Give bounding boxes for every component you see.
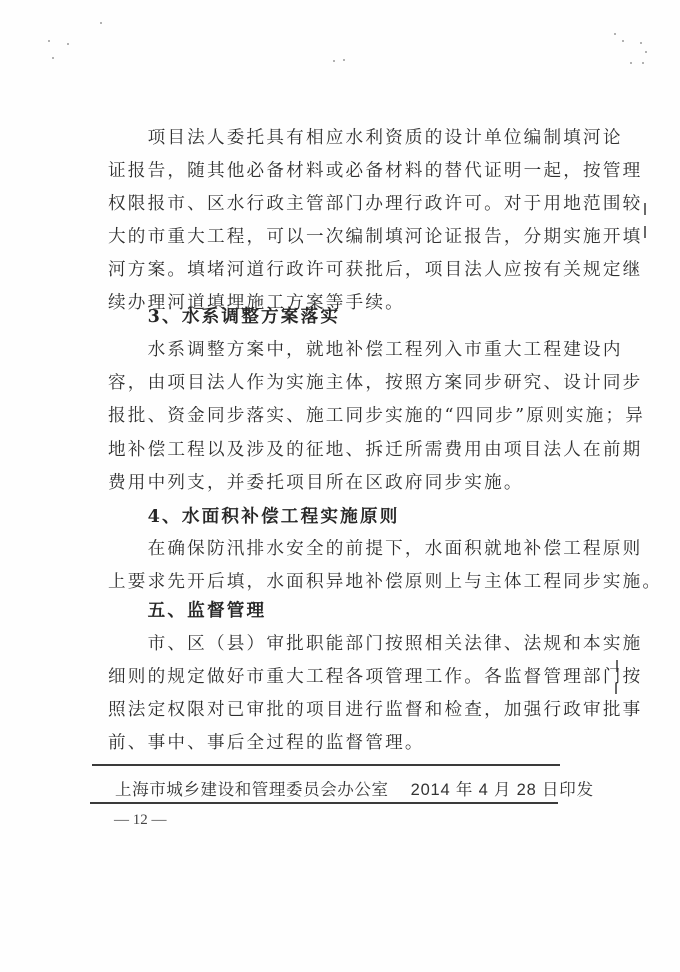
text-line: 水系调整方案中，就地补偿工程列入市重大工程建设内 [108,334,623,367]
text-line: 证报告，随其他必备材料或必备材料的替代证明一起，按管理 [108,155,642,188]
scan-speck [48,40,50,42]
section-heading: 3、水系调整方案落实 [108,300,340,333]
scan-speck [630,62,632,64]
text-line: 在确保防汛排水安全的前提下，水面积就地补偿工程原则 [108,533,642,566]
text-line: 市、区（县）审批职能部门按照相关法律、法规和本实施 [108,628,642,661]
scan-speck [645,51,647,53]
scan-speck [614,33,616,35]
footer-bottom-rule [90,802,558,804]
scan-speck [67,43,69,45]
text-line: 权限报市、区水行政主管部门办理行政许可。对于用地范围较 [108,188,642,221]
scan-speck [100,22,102,24]
text-line: 大的市重大工程，可以一次编制填河论证报告，分期实施开填 [108,221,642,254]
footer-top-rule [92,764,560,766]
text-line: 项目法人委托具有相应水利资质的设计单位编制填河论 [108,122,623,155]
text-line: 地补偿工程以及涉及的征地、拆迁所需费用由项目法人在前期 [108,434,642,467]
page-number: — 12 — [114,812,167,829]
text-line: 前、事中、事后全过程的监督管理。 [108,727,425,760]
issuer-name: 上海市城乡建设和管理委员会办公室 [115,780,389,799]
scan-speck [640,42,642,44]
section-heading: 4、水面积补偿工程实施原则 [108,500,400,533]
section-heading: 五、监督管理 [108,594,266,627]
scan-speck [642,62,644,64]
footer-issuer-line: 上海市城乡建设和管理委员会办公室2014 年 4 月 28 日印发 [115,776,594,800]
document-page: 项目法人委托具有相应水利资质的设计单位编制填河论 证报告，随其他必备材料或必备材… [0,0,680,972]
text-line: 细则的规定做好市重大工程各项管理工作。各监督管理部门按 [108,661,642,694]
text-line: 报批、资金同步落实、施工同步实施的“四同步”原则实施；异 [108,400,645,433]
text-line: 费用中列支，并委托项目所在区政府同步实施。 [108,467,524,500]
text-line: 河方案。填堵河道行政许可获批后，项目法人应按有关规定继 [108,254,642,287]
margin-mark [644,226,646,238]
scan-speck [333,60,335,62]
scan-speck [343,59,345,61]
margin-mark [644,203,646,215]
issue-date: 2014 年 4 月 28 日印发 [411,781,594,799]
scan-speck [622,40,624,42]
text-line: 照法定权限对已审批的项目进行监督和检查，加强行政审批事 [108,694,642,727]
text-line: 容，由项目法人作为实施主体，按照方案同步研究、设计同步 [108,367,642,400]
scan-speck [52,57,54,59]
